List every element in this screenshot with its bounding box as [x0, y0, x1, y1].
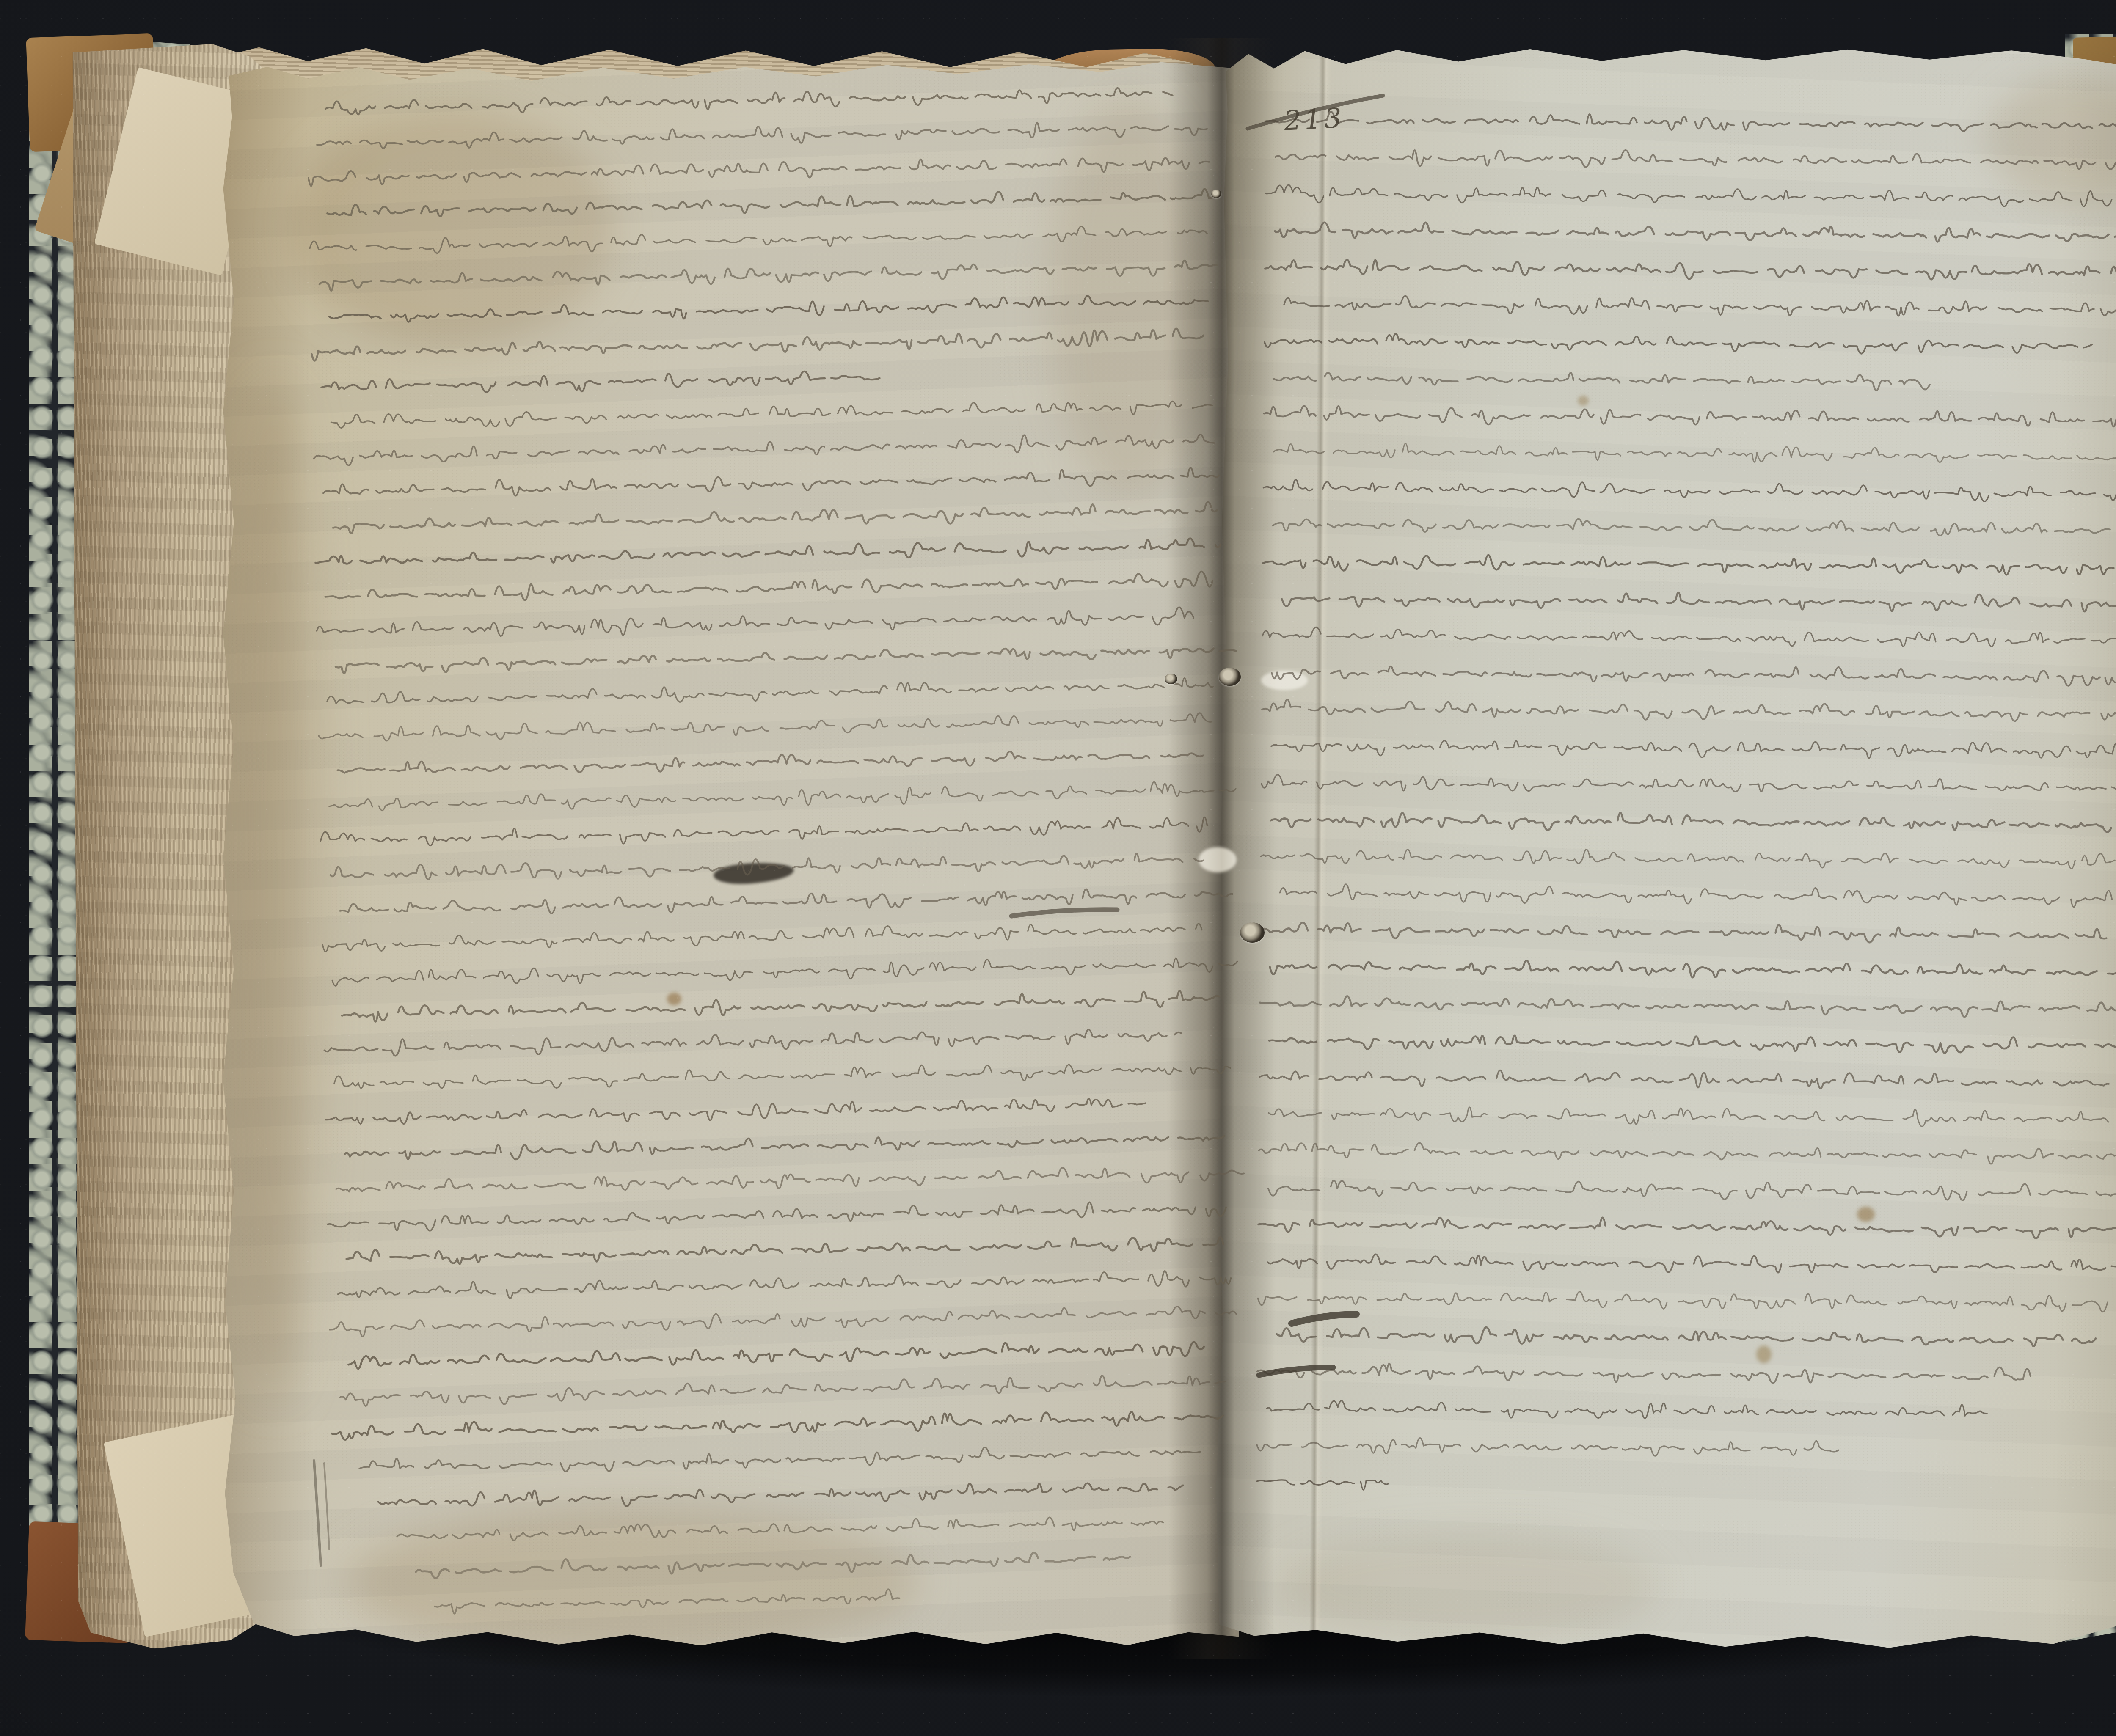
- wormhole: [1240, 922, 1265, 943]
- photograph-of-open-manuscript: 213: [0, 0, 2116, 1736]
- wormhole: [1165, 674, 1177, 684]
- hole-layer: [0, 0, 2116, 1736]
- wormhole: [1211, 190, 1221, 198]
- wormhole: [1219, 668, 1241, 686]
